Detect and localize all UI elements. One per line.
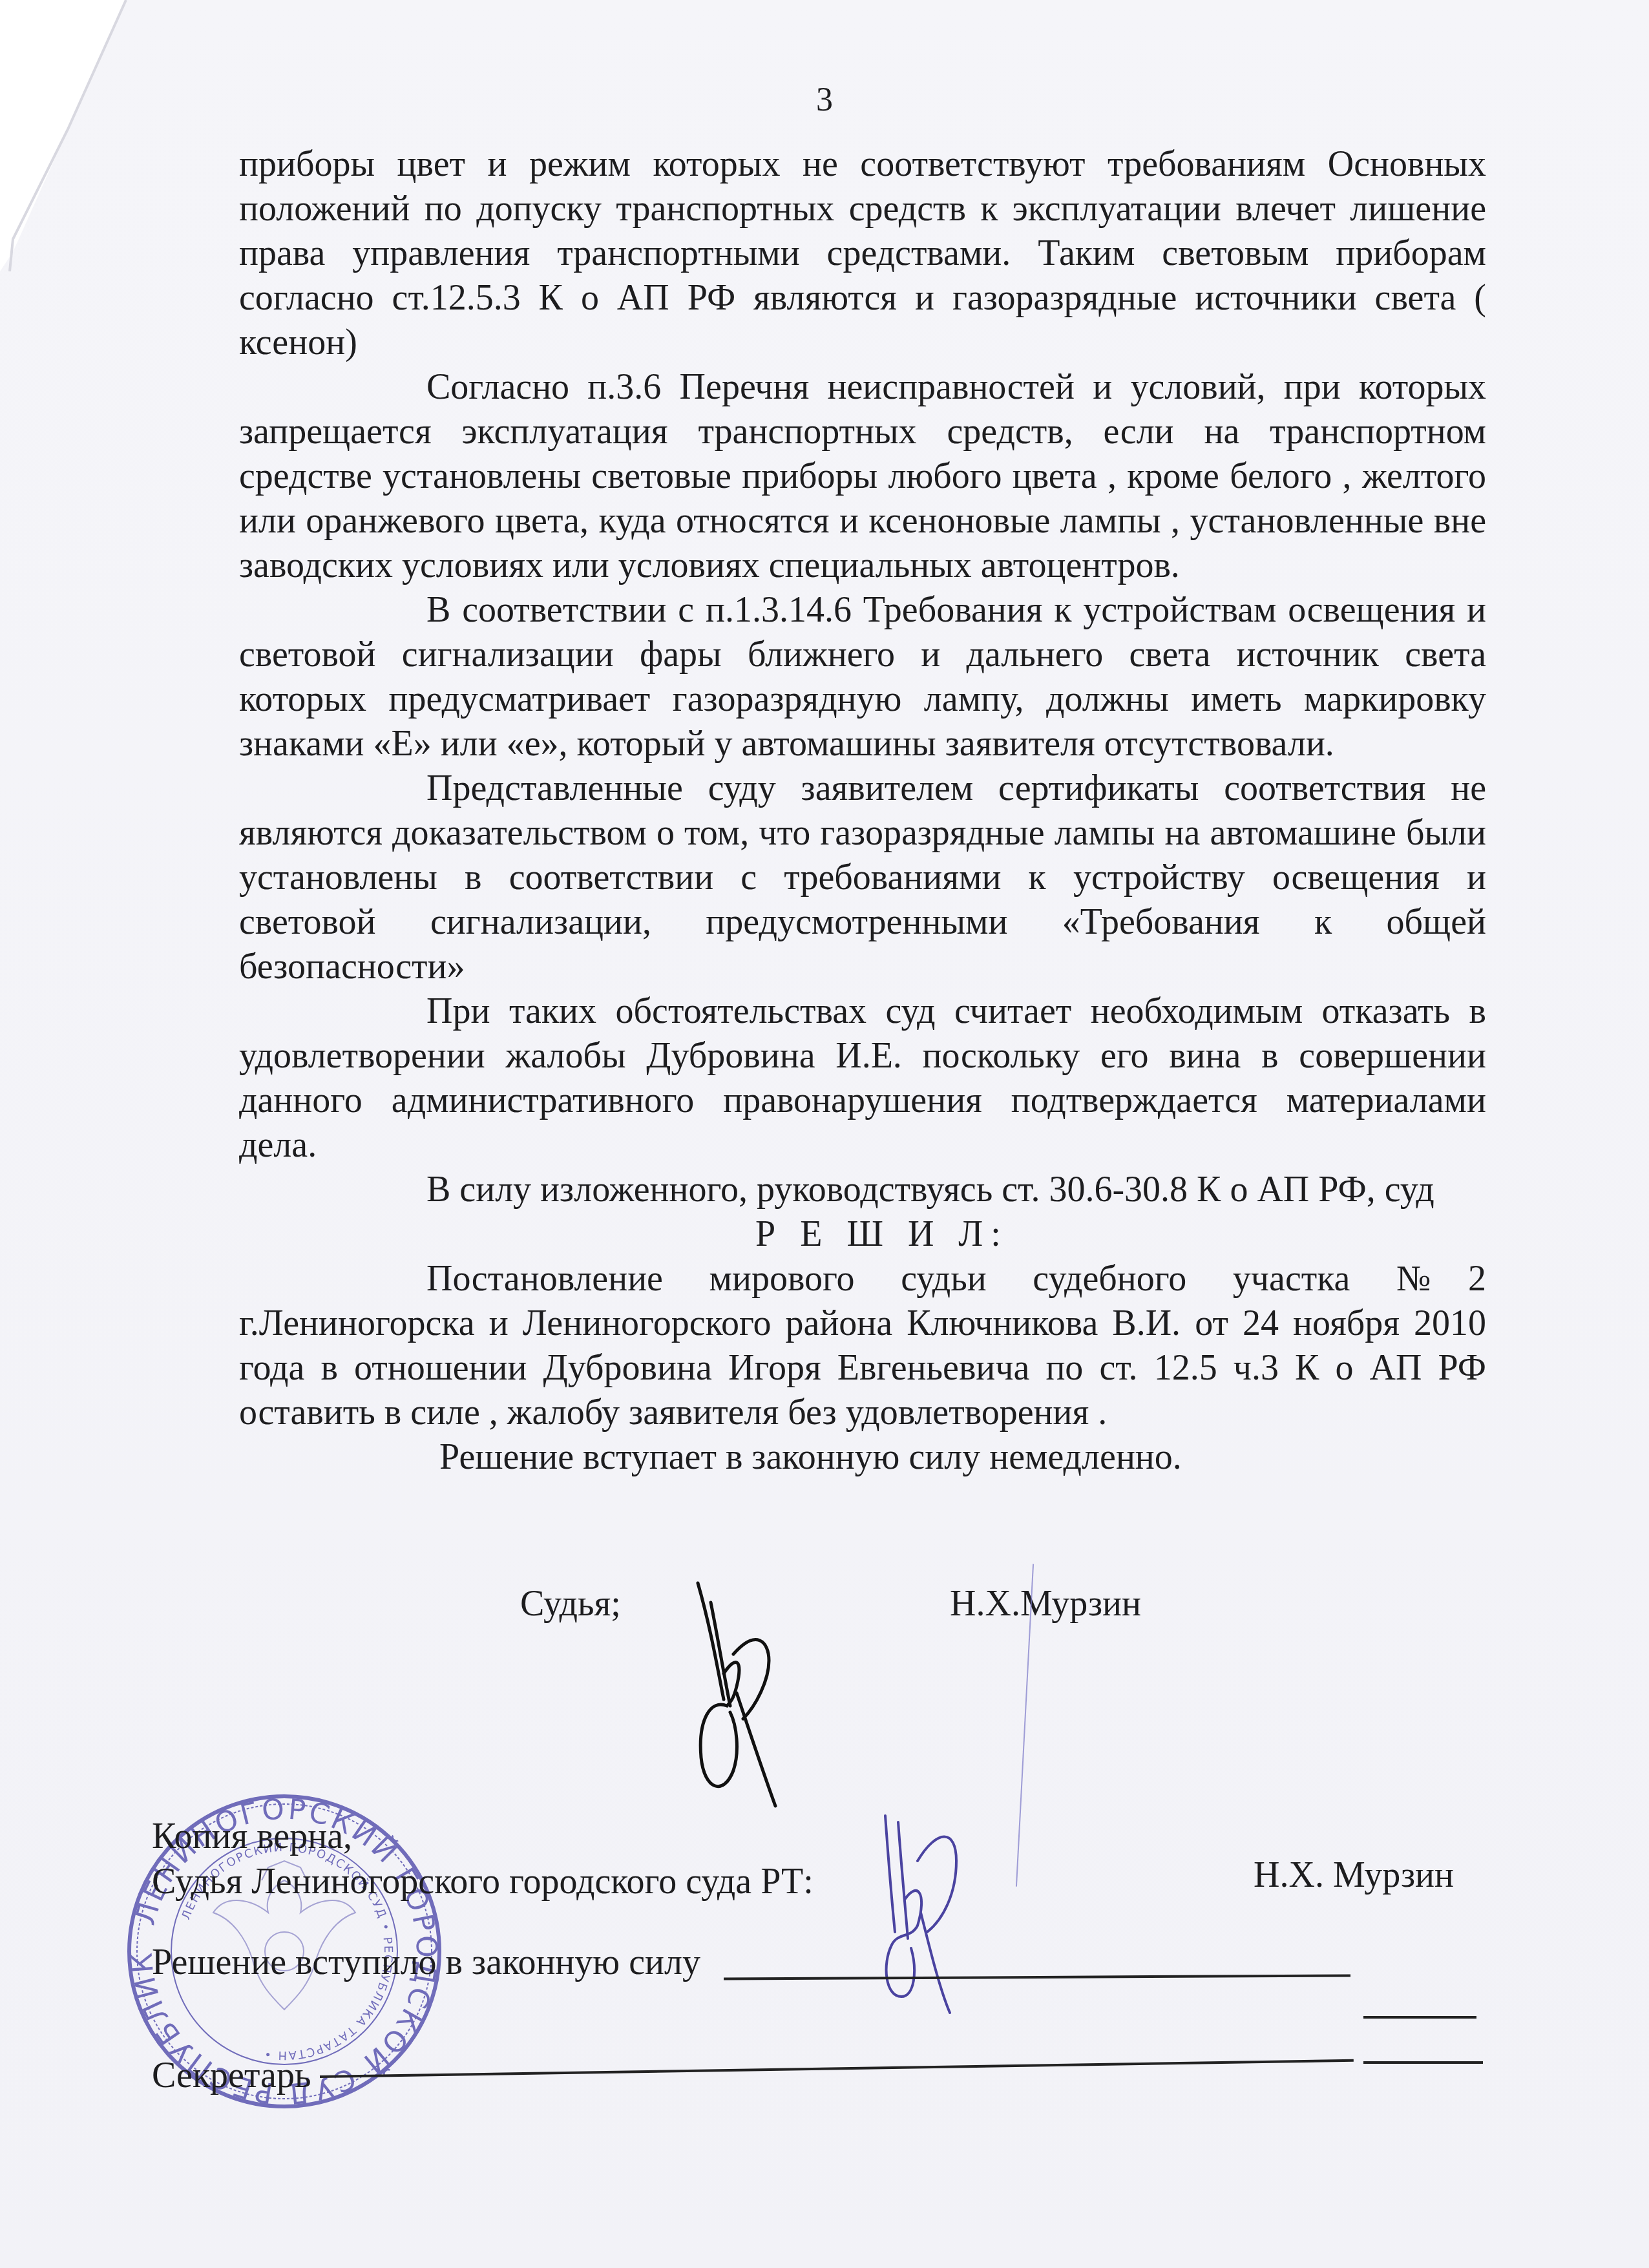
page-number: 3: [0, 81, 1649, 120]
entered-into-force-blank: [724, 1974, 1350, 1980]
paragraph-4: Представленные суду заявителем сертифика…: [239, 766, 1486, 989]
secretary-label: Секретарь: [152, 2055, 311, 2096]
decision-paragraph-2: Решение вступает в законную силу немедле…: [239, 1435, 1486, 1480]
paragraph-6: В силу изложенного, руководствуясь ст. 3…: [239, 1168, 1486, 1212]
certifying-judge-signature-icon: [866, 1803, 995, 2016]
paragraph-5: При таких обстоятельствах суд считает не…: [239, 989, 1486, 1168]
paragraph-1: приборы цвет и режим которых не соответс…: [239, 142, 1486, 365]
paragraph-2: Согласно п.3.6 Перечня неисправностей и …: [239, 365, 1486, 588]
judge-name: Н.Х.Мурзин: [950, 1583, 1141, 1624]
decision-heading: Р Е Ш И Л:: [239, 1212, 1486, 1257]
document-page: 3 приборы цвет и режим которых не соотве…: [0, 0, 1649, 2268]
extra-blank-2: [1363, 2061, 1483, 2064]
paragraph-3: В соответствии с п.1.3.14.6 Требования к…: [239, 588, 1486, 766]
copy-verified-label: Копия верна,: [152, 1816, 352, 1857]
secretary-blank: [320, 2059, 1354, 2078]
extra-blank-1: [1363, 2016, 1476, 2019]
decision-paragraph-1: Постановление мирового судьи судебного у…: [239, 1257, 1486, 1435]
judge-label: Судья;: [520, 1583, 621, 1624]
entered-into-force-label: Решение вступило в законную силу: [152, 1942, 700, 1983]
judge-signature-icon: [672, 1577, 840, 1809]
torn-corner-edge: [0, 0, 142, 271]
certifying-judge-label: Судья Лениногорского городского суда РТ:: [152, 1861, 814, 1902]
certifying-judge-name: Н.Х. Мурзин: [1254, 1854, 1454, 1896]
document-body: приборы цвет и режим которых не соответс…: [239, 142, 1486, 1480]
